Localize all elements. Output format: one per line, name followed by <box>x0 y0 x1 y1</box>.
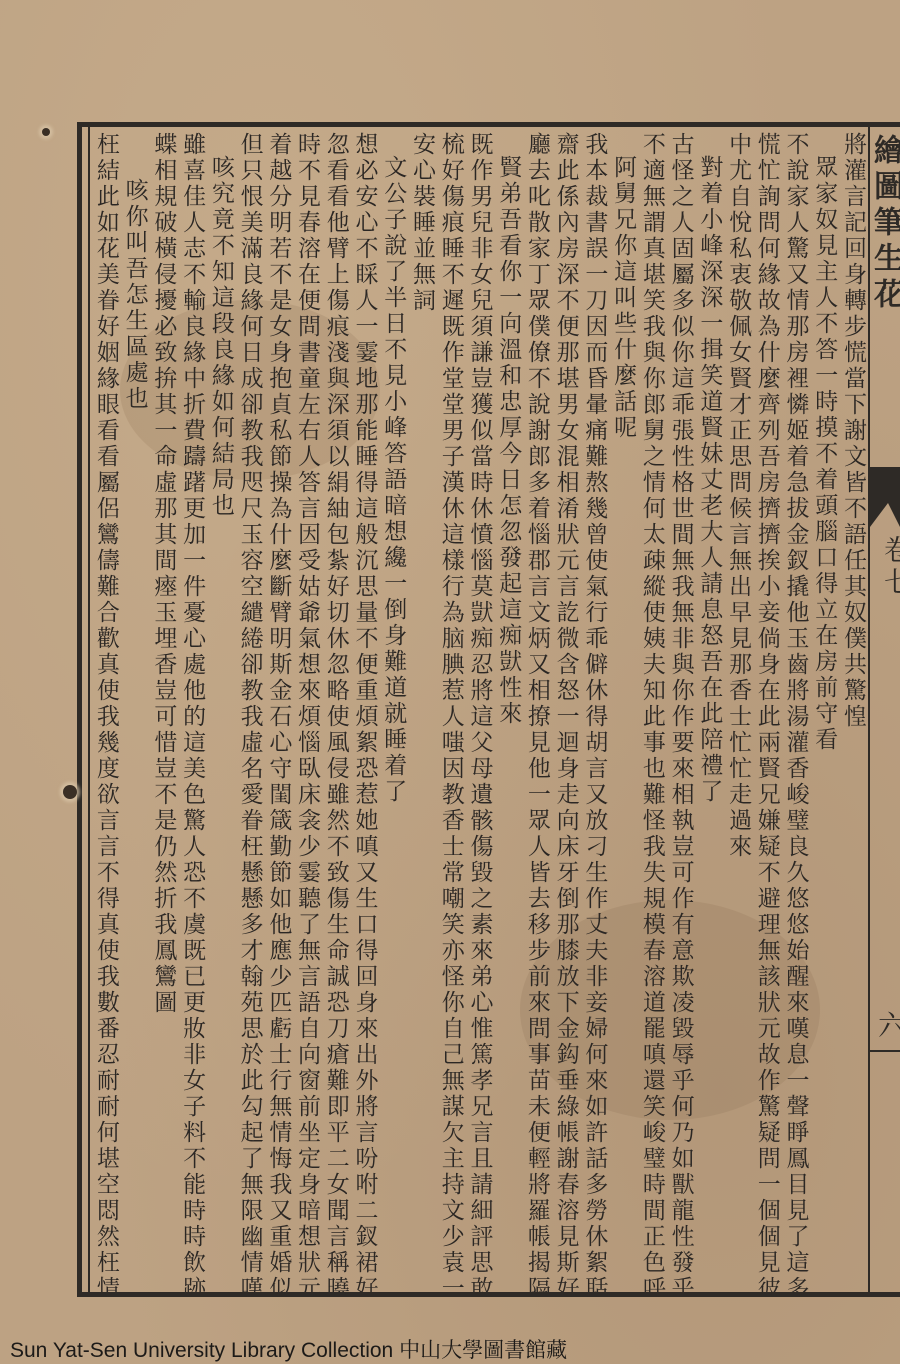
binding-hole-icon <box>42 128 50 136</box>
text-column: 廳去叱散家丁眾僕僚不說謝郎多着惱郡言文炳又相撩見他一眾人皆去移步前來問事苗未便輕… <box>523 132 552 1292</box>
text-column: 安心裝睡並無詞 <box>408 132 437 1292</box>
text-column: 想必安心不睬人一霎地那能睡得這般沉思量不便重煩絮恐惹她嗔又生口得回身來出外將言吩… <box>351 132 380 1292</box>
text-column: 對着小峰深深一揖笑道賢妹丈老大人請息怒吾在此陪禮了 <box>696 132 725 1315</box>
volume-label: 卷七 <box>876 535 900 599</box>
text-column: 我本裁書誤一刀因而昏暈痛難熬幾曾使氣行乖僻休得胡言又放刁生作丈夫非妾婦何來如許話… <box>581 132 610 1292</box>
text-column: 古怪之人固屬多似你這乖張性格世間無我無非與你作要來相執豈可作有意欺凌毀辱乎何乃如… <box>667 132 696 1292</box>
text-column: 咳究竟不知這段良緣如何結局也 <box>207 132 236 1315</box>
text-column: 忽看看他臂上傷痕淺與深須以絹紬包紮好切休忽略使風侵雖然不致傷生命誠恐刀瘡難即平二… <box>322 132 351 1292</box>
inner-border-line <box>88 127 90 1292</box>
text-column: 着越分明若不是女身抱貞私節操為什麼斷臂明斯金石心守閨箴勤節如他應少匹虧士行無情悔… <box>265 132 294 1292</box>
text-column: 時不見春溶在便問書童左右人答言因受姑爺氣想來煩惱臥床衾少霎聽了無言語自向窗前坐定… <box>293 132 322 1292</box>
text-column: 賢弟吾看你一向溫和忠厚今日怎忽發起這痴獃性來 <box>494 132 523 1315</box>
text-column: 雖喜佳人志不輸良緣中折費躊躇更加一件憂心處他的這美色驚人恐不虞既已更妝非女子料不… <box>178 132 207 1292</box>
page-number: 六 <box>878 1004 900 1044</box>
binding-hole-icon <box>63 785 77 799</box>
text-column: 蝶相規破橫侵擾必致拚其一命虛那其間瘞玉埋香豈可惜豈不是仍然折我鳳鸞圖 <box>150 132 179 1292</box>
text-column: 梳好傷痕睡不遲既作堂堂男子漢休這樣行為脑腆惹人嗤因教香士常嘲笑亦怪你自己無謀欠主… <box>437 132 466 1292</box>
text-column: 既作男兒非女兒須謙豈獲似當時休憤惱莫獃痴忍將這父母遺骸傷毀之素來弟心惟篤孝兄言且… <box>466 132 495 1292</box>
text-column: 阿舅兄你這叫些什麼話呢 <box>609 132 638 1315</box>
text-column: 咳你叫吾怎生區處也 <box>121 132 150 1338</box>
text-column: 文公子說了半日不見小峰答語暗想纔一倒身難道就睡着了 <box>380 132 409 1315</box>
collection-footer: Sun Yat-Sen University Library Collectio… <box>10 1334 567 1364</box>
text-column: 但只恨美滿良緣何日成卻教我咫尺玉容空繾綣卻教我虛名愛眷枉懸懸多才翰苑思於此勾起了… <box>236 132 265 1292</box>
text-column: 枉結此如花美眷好姻緣眼看看屬侶鸞儔難合歡真使我幾度欲言言不得真使我數番忍耐耐何堪… <box>92 132 121 1292</box>
text-column: 將灌言記回身轉步慌當下謝文皆不語任其奴僕共驚惶 <box>839 132 868 1292</box>
text-column: 齋此係內房深不便那堪男女混相淆狀元言訖微含怒一迴身走向床牙倒那膝放下金鈎垂綠帳謝… <box>552 132 581 1292</box>
book-title: 繪圖筆生花 <box>874 134 900 314</box>
text-column: 慌忙詢問何緣故為什麼齊列吾房擠擠挨小妾倘身在此兩賢兄嫌疑不避理無該狀元故作驚疑問… <box>753 132 782 1292</box>
text-columns: 將灌言記回身轉步慌當下謝文皆不語任其奴僕共驚惶 眾家奴見主人不答一時摸不着頭腦口… <box>92 132 868 1292</box>
scanned-page: 繪圖筆生花 卷七 六 將灌言記回身轉步慌當下謝文皆不語任其奴僕共驚惶 眾家奴見主… <box>0 0 900 1364</box>
text-column: 中尤自悅私衷敬佩女賢才正思問候言無出早見那香士忙忙走過來 <box>724 132 753 1292</box>
text-column: 眾家奴見主人不答一時摸不着頭腦口得立在房前守看 <box>811 132 840 1315</box>
text-column: 不說家人驚又情那房裡憐姬着急拔金釵撬他玉齒將湯灌香峻璧良久悠悠始醒來嘆息一聲睜鳳… <box>782 132 811 1292</box>
text-column: 不適無謂真堪笑我與你郎舅之情何太疎縱使姨夫知此事也難怪我失規模春溶道罷嗔還笑峻璧… <box>638 132 667 1292</box>
